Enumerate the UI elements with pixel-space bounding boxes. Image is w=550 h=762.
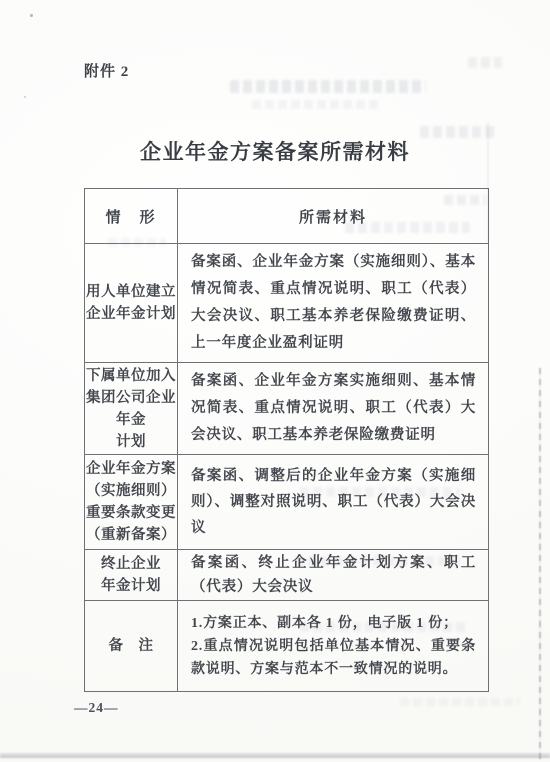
cell-materials: 备案函、企业年金方案实施细则、基本情况简表、重点情况说明、职工（代表）大会决议、…	[178, 363, 489, 455]
bleed-through-artifact	[252, 100, 382, 109]
cell-situation: 用人单位建立 企业年金计划	[85, 244, 178, 363]
situation-line: （重新备案）	[85, 524, 177, 546]
situation-line: 用人单位建立	[85, 281, 177, 303]
scanned-document-page: 附件 2 企业年金方案备案所需材料 情 形 所需材料 用人单位建立 企业年金计划…	[0, 0, 550, 762]
materials-table: 情 形 所需材料 用人单位建立 企业年金计划 备案函、企业年金方案（实施细则）、…	[84, 188, 489, 692]
cell-materials: 备案函、企业年金方案（实施细则）、基本情况简表、重点情况说明、职工（代表）大会决…	[178, 244, 489, 363]
situation-line: 备 注	[85, 635, 177, 657]
table-header-row: 情 形 所需材料	[85, 189, 489, 244]
cell-situation: 备 注	[85, 601, 178, 692]
situation-line: 集团公司企业	[85, 387, 177, 409]
table-row: 用人单位建立 企业年金计划 备案函、企业年金方案（实施细则）、基本情况简表、重点…	[85, 244, 489, 363]
header-cell-materials: 所需材料	[178, 189, 489, 244]
table-row: 终止企业 年金计划 备案函、终止企业年金计划方案、职工（代表）大会决议	[85, 550, 489, 601]
situation-line: （实施细则）	[85, 480, 177, 502]
cell-materials: 1.方案正本、副本各 1 份，电子版 1 份； 2.重点情况说明包括单位基本情况…	[178, 601, 489, 692]
situation-line: 年金	[85, 409, 177, 431]
cell-materials: 备案函、终止企业年金计划方案、职工（代表）大会决议	[178, 550, 489, 601]
document-title: 企业年金方案备案所需材料	[0, 136, 550, 166]
situation-line: 企业年金计划	[85, 303, 177, 325]
bleed-through-artifact	[400, 698, 520, 706]
situation-line: 终止企业	[85, 553, 177, 575]
scan-noise-speck	[24, 96, 26, 98]
scan-edge-artifact-right	[539, 368, 541, 760]
situation-line: 重要条款变更	[85, 502, 177, 524]
situation-line: 计划	[85, 431, 177, 453]
situation-line: 企业年金方案	[85, 458, 177, 480]
bleed-through-artifact	[468, 57, 502, 68]
situation-line: 下属单位加入	[85, 365, 177, 387]
bleed-through-artifact	[230, 80, 426, 93]
cell-situation: 终止企业 年金计划	[85, 550, 178, 601]
cell-situation: 企业年金方案 （实施细则） 重要条款变更 （重新备案）	[85, 455, 178, 550]
page-number: —24—	[74, 700, 119, 716]
materials-line: 2.重点情况说明包括单位基本情况、重要条款说明、方案与范本不一致情况的说明。	[191, 635, 476, 681]
table-row: 备 注 1.方案正本、副本各 1 份，电子版 1 份； 2.重点情况说明包括单位…	[85, 601, 489, 692]
cell-situation: 下属单位加入 集团公司企业 年金 计划	[85, 363, 178, 455]
materials-line: 1.方案正本、副本各 1 份，电子版 1 份；	[191, 612, 476, 635]
cell-materials: 备案函、调整后的企业年金方案（实施细则）、调整对照说明、职工（代表）大会决议	[178, 455, 489, 550]
table-row: 企业年金方案 （实施细则） 重要条款变更 （重新备案） 备案函、调整后的企业年金…	[85, 455, 489, 550]
header-cell-situation: 情 形	[85, 189, 178, 244]
table-row: 下属单位加入 集团公司企业 年金 计划 备案函、企业年金方案实施细则、基本情况简…	[85, 363, 489, 455]
scan-noise-speck	[30, 14, 33, 17]
situation-line: 年金计划	[85, 575, 177, 597]
scan-edge-artifact-bottom	[0, 753, 550, 758]
attachment-label: 附件 2	[84, 60, 129, 81]
